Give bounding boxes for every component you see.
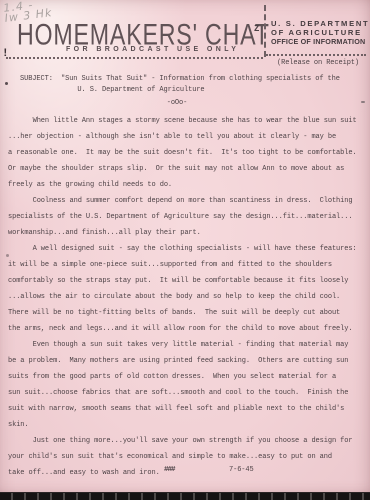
stray-exclamation-mark: ! — [2, 48, 9, 60]
end-of-copy-mark: ### — [164, 466, 175, 474]
agency-line-3: OFFICE OF INFORMATION — [271, 37, 364, 46]
date-stamp: 7-6-45 — [229, 466, 254, 474]
subject-block: SUBJECT: "Sun Suits That Suit" - Informa… — [20, 74, 340, 95]
film-edge-strip — [0, 492, 370, 500]
scanned-document-page: 1.4 - Iw 3 Hk HOMEMAKERS' CHAT FOR BROAD… — [0, 0, 370, 500]
stray-dot-mark — [5, 82, 8, 85]
stray-dash-mark — [361, 101, 365, 103]
agency-line-1: U. S. DEPARTMENT — [271, 19, 367, 28]
agency-block: U. S. DEPARTMENT OF AGRICULTURE OFFICE O… — [271, 19, 367, 47]
section-separator: -oOo- — [0, 99, 354, 107]
divider-z-mark: Z — [254, 24, 259, 34]
dashed-vertical-divider — [264, 5, 266, 57]
dotted-rule-right — [266, 54, 366, 56]
agency-line-2: OF AGRICULTURE — [271, 28, 367, 37]
release-note: (Release on Receipt) — [277, 59, 359, 67]
masthead-tagline: FOR BROADCAST USE ONLY — [66, 46, 239, 53]
body-text: When little Ann stages a stormy scene be… — [8, 113, 357, 481]
dotted-rule-left — [6, 57, 263, 59]
